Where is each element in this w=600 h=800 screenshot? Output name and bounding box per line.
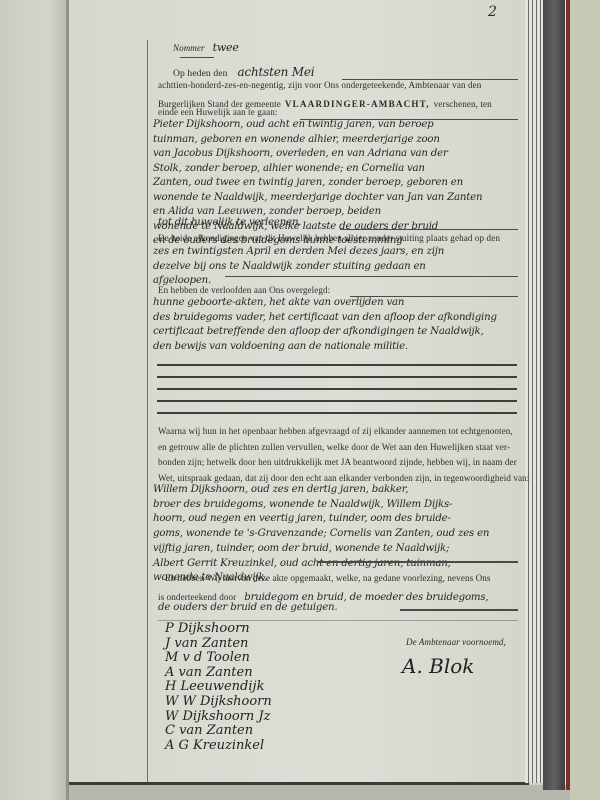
witnesses-end-rule: [318, 561, 518, 563]
signature: J van Zanten: [165, 637, 272, 652]
parties-end-rule: [340, 229, 518, 230]
number-label: Nommer: [173, 43, 205, 53]
announcements-line: dezelve bij ons te Naaldwijk zonder stui…: [153, 260, 519, 275]
signature: A G Kreuzinkel: [165, 739, 272, 754]
number-value: twee: [213, 41, 239, 54]
parties-line: tuinman, geboren en wonende alhier, meer…: [153, 133, 519, 148]
left-facing-page: [0, 0, 68, 800]
book-binding: [543, 0, 565, 790]
blank-rule-5: [157, 412, 517, 414]
parties-line: Stolk, zonder beroep, alhier wonende; en…: [153, 162, 519, 177]
parties-line-last: tot dit huwelijk te verleenen.: [158, 216, 301, 231]
vows-line: bonden zijn; hetwelk door hen uitdrukkel…: [158, 455, 529, 471]
page-margin-rule: [147, 40, 148, 782]
municipality: VLAARDINGER-AMBACHT,: [285, 99, 430, 109]
number-underline: [180, 57, 214, 58]
vows-line: Waarna wij hun in het openbaar hebben af…: [158, 424, 529, 440]
documents-line: den bewijs van voldoening aan de nationa…: [153, 340, 519, 355]
witness-line: Willem Dijkshoorn, oud zes en dertig jar…: [153, 483, 519, 498]
announcements-handwriting: zes en twintigsten April en derden Mei d…: [153, 245, 519, 289]
signature: W Dijkshoorn Jz: [165, 710, 272, 725]
background-surface: [570, 0, 600, 800]
signature: P Dijkshoorn: [165, 622, 272, 637]
official-signature: A. Blok: [402, 655, 474, 677]
intro-line-2: achttien-honderd-zes-en-negentig, zijn v…: [158, 80, 481, 90]
intro-line-1: Op heden den achtsten Mei: [173, 63, 314, 81]
documents-handwriting: hunne geboorte-akten, het akte van overl…: [153, 296, 519, 354]
announcements-line: zes en twintigsten April en derden Mei d…: [153, 245, 519, 260]
intro-date: achtsten Mei: [237, 65, 314, 79]
intro-line-4: einde een Huwelijk aan te gaan:: [158, 107, 278, 117]
announcements-end-rule: [225, 276, 518, 277]
signatures-list: P Dijkshoorn J van Zanten M v d Toolen A…: [165, 622, 272, 753]
parties-line: van Jacobus Dijkshoorn, overleden, en va…: [153, 147, 519, 162]
record-number: Nommer twee: [173, 38, 239, 56]
witness-line: goms, wonende te 's-Gravenzande; Corneli…: [153, 527, 519, 542]
parties-line: Pieter Dijkshoorn, oud acht en twintig j…: [153, 118, 519, 133]
closing-hand-2: de ouders der bruid en de getuigen.: [158, 601, 337, 616]
intro-prefix: Op heden den: [173, 68, 227, 79]
witnesses-handwriting: Willem Dijkshoorn, oud zes en dertig jar…: [153, 483, 519, 586]
blank-rule-2: [157, 376, 517, 378]
intro-line-3b: verschenen, ten: [434, 99, 492, 109]
signature: H Leeuwendijk: [165, 680, 272, 695]
blank-rule-1: [157, 364, 517, 366]
signature: W W Dijkshoorn: [165, 695, 272, 710]
official-label: De Ambtenaar voornoemd,: [406, 637, 506, 647]
witness-line: broer des bruidegoms, wonende te Naaldwi…: [153, 498, 519, 513]
parties-line: wonende te Naaldwijk, meerderjarige doch…: [153, 191, 519, 206]
witness-line: hoorn, oud negen en veertig jaren, tuind…: [153, 512, 519, 527]
witness-line: vijftig jaren, tuinder, oom der bruid, w…: [153, 542, 519, 557]
closing-line-1: En hebben Wij hiervan deze akte opgemaak…: [165, 573, 491, 583]
blank-rule-4: [157, 400, 517, 402]
documents-label: En hebben de verloofden aan Ons overgele…: [158, 285, 330, 295]
page-number: 2: [488, 4, 497, 20]
signature: C van Zanten: [165, 724, 272, 739]
parties-line: Zanten, oud twee en twintig jaren, zonde…: [153, 176, 519, 191]
signature: M v d Toolen: [165, 651, 272, 666]
witness-line: Albert Gerrit Kreuzinkel, oud acht en de…: [153, 557, 519, 572]
vows-line: en getrouw alle de plichten zullen vervu…: [158, 440, 529, 456]
signature: A van Zanten: [165, 666, 272, 681]
page-underside: [69, 785, 600, 800]
vows-text: Waarna wij hun in het openbaar hebben af…: [158, 424, 529, 486]
closing-end-rule: [400, 609, 518, 611]
announcements-label: De beide afkondigingen van dit Huwelijk …: [158, 233, 500, 243]
documents-line: certificaat betreffende den afloop der a…: [153, 325, 519, 340]
blank-rule-3: [157, 388, 517, 390]
documents-line: hunne geboorte-akten, het akte van overl…: [153, 296, 519, 311]
documents-line: des bruidegoms vader, het certificaat va…: [153, 311, 519, 326]
